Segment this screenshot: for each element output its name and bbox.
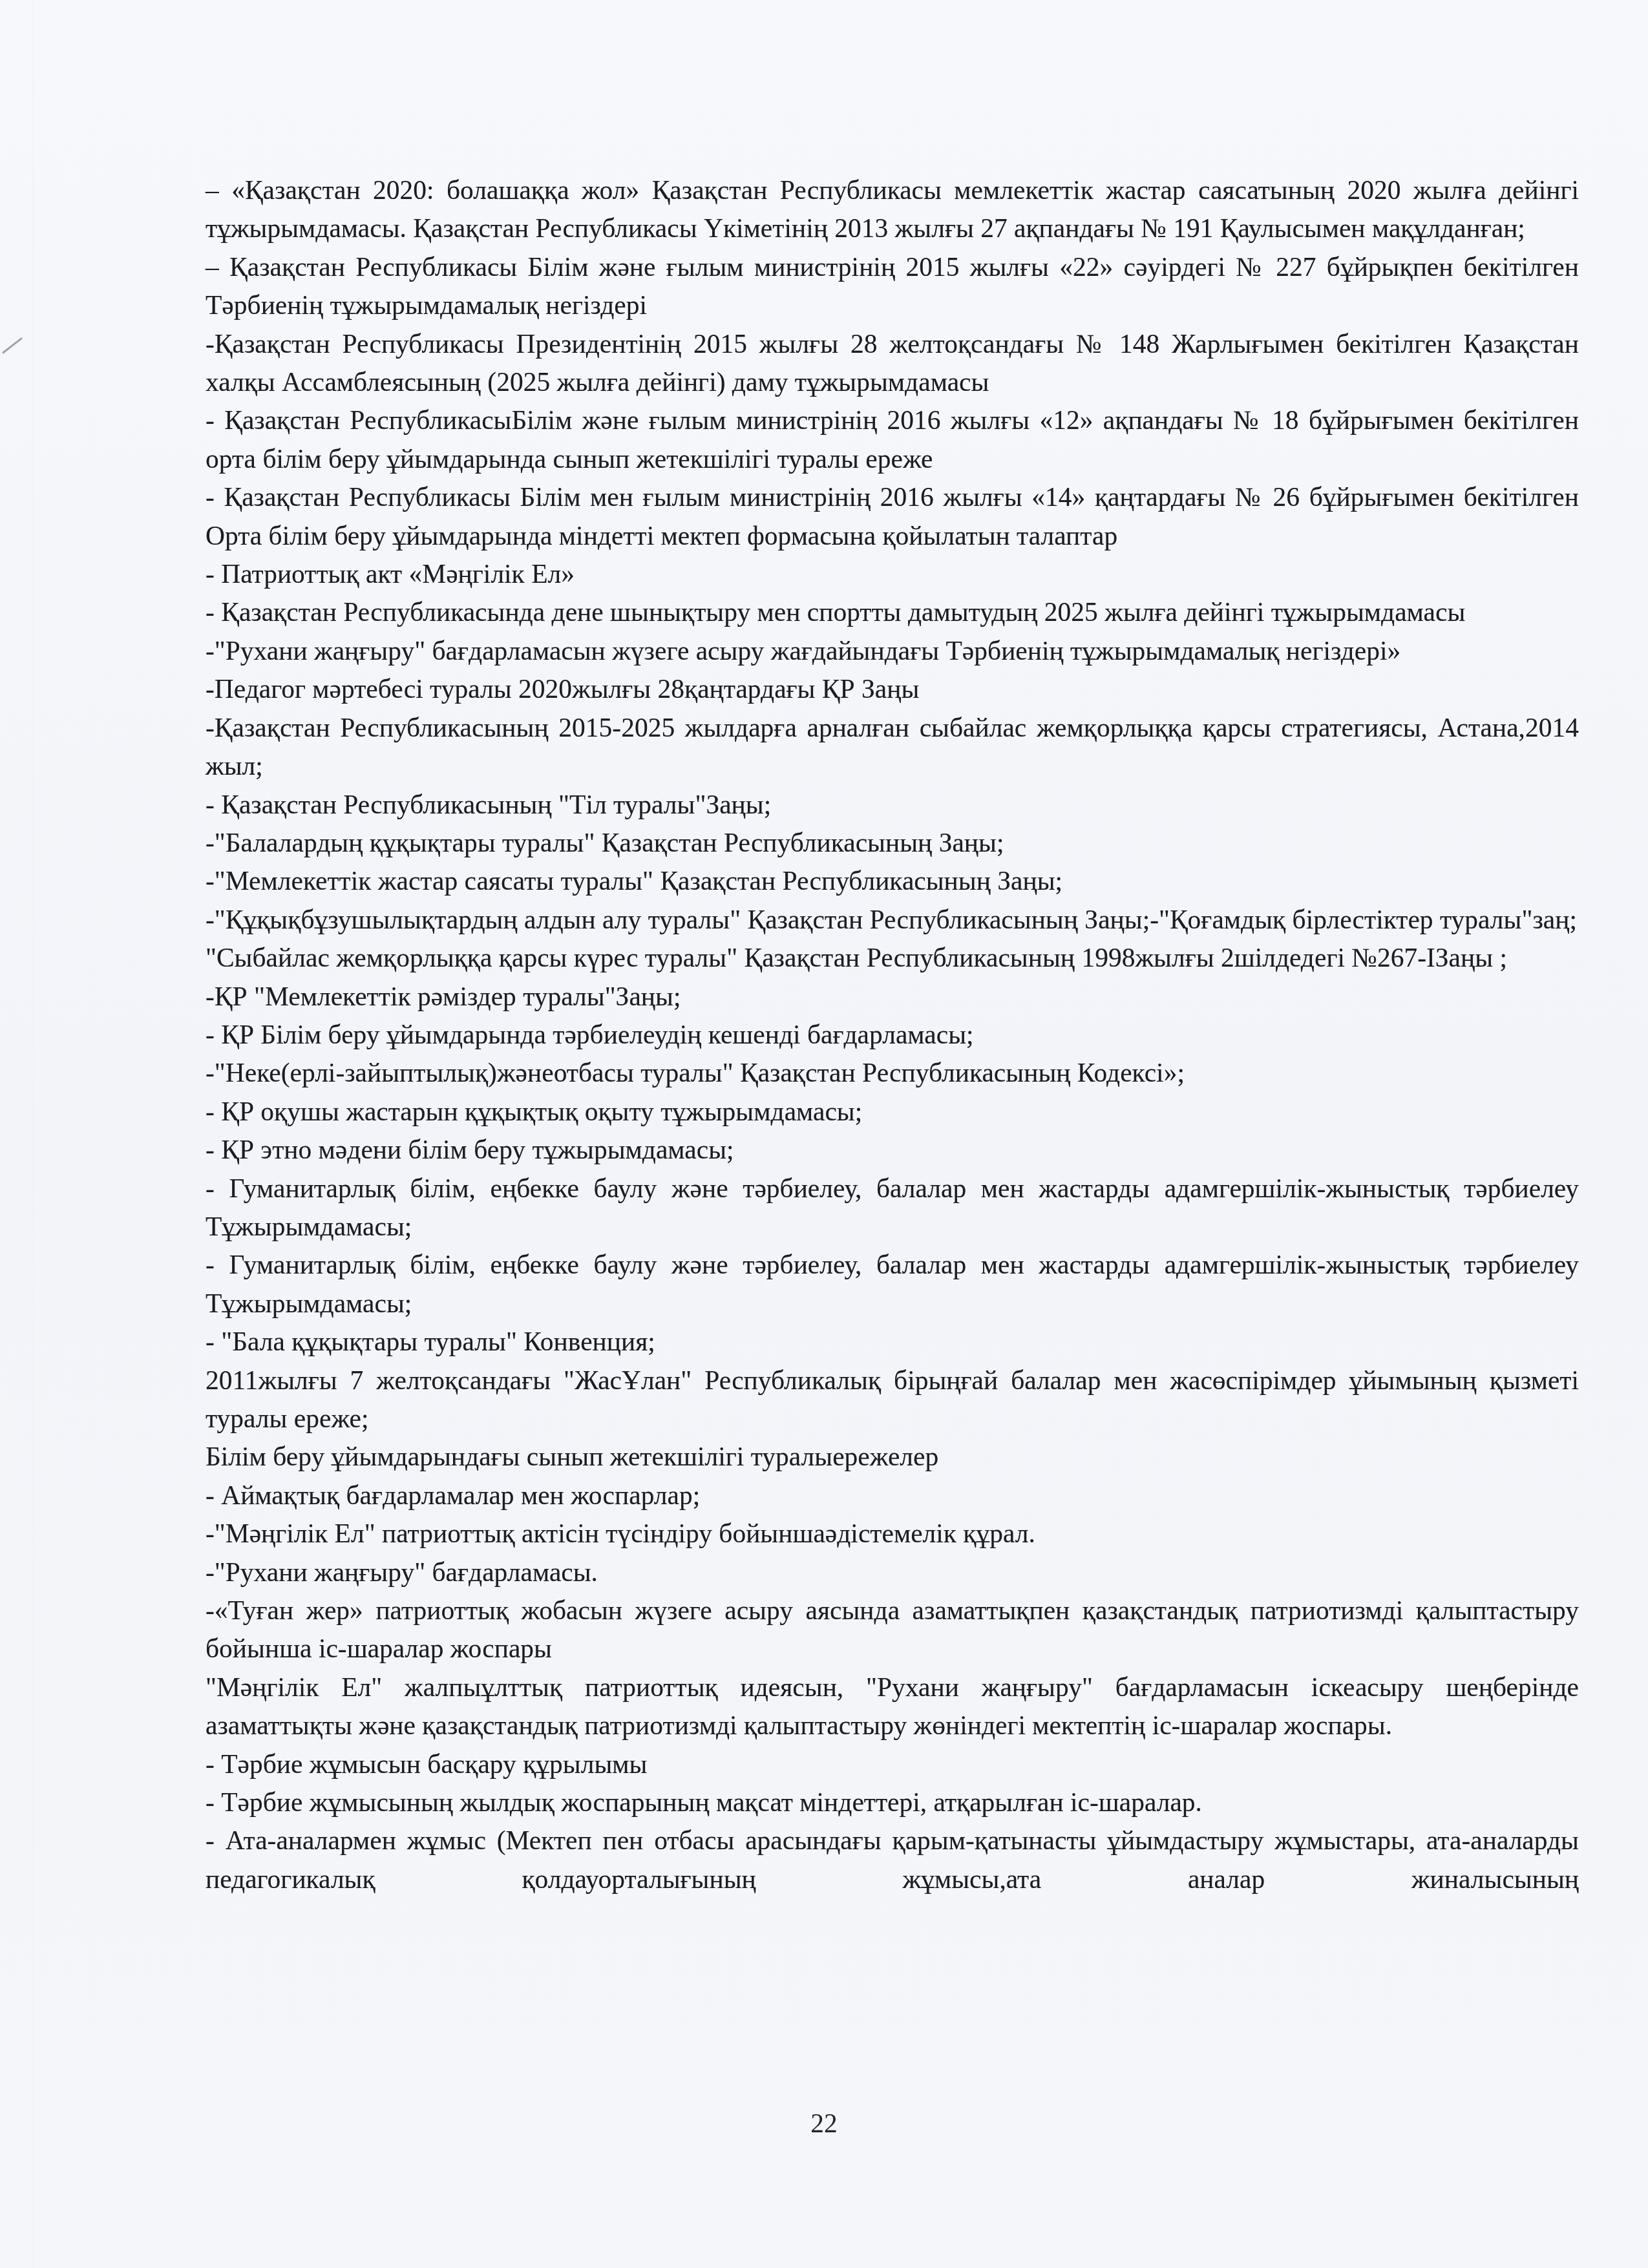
paragraph: -"Мәңгілік Ел" патриоттық актісін түсінд…	[206, 1515, 1579, 1553]
paragraph: - ҚР оқушы жастарын құқықтық оқыту тұжыр…	[206, 1093, 1579, 1131]
paragraph: 2011жылғы 7 желтоқсандағы "ЖасҰлан" Респ…	[206, 1361, 1579, 1438]
paragraph: - ҚР этно мәдени білім беру тұжырымдамас…	[206, 1131, 1579, 1169]
paragraph: "Мәңгілік Ел" жалпыұлттық патриоттық иде…	[206, 1668, 1579, 1745]
document-body: – «Қазақстан 2020: болашаққа жол» Қазақс…	[206, 171, 1579, 1898]
scan-artifact-mark	[2, 337, 23, 354]
paragraph: - Тәрбие жұмысының жылдық жоспарының мақ…	[206, 1783, 1579, 1822]
scanned-page: – «Қазақстан 2020: болашаққа жол» Қазақс…	[0, 0, 1648, 2268]
paragraph: -Қазақстан Республикасының 2015-2025 жыл…	[206, 709, 1579, 786]
paragraph: - Гуманитарлық білім, еңбекке баулу және…	[206, 1170, 1579, 1246]
paragraph: - ҚР Білім беру ұйымдарында тәрбиелеудің…	[206, 1016, 1579, 1054]
paragraph: - Қазақстан Республикасында дене шынықты…	[206, 593, 1579, 631]
paragraph: -Педагог мәртебесі туралы 2020жылғы 28қа…	[206, 670, 1579, 708]
paragraph: "Сыбайлас жемқорлыққа қарсы күрес туралы…	[206, 939, 1579, 977]
paragraph: -"Құқықбұзушылықтардың алдын алу туралы"…	[206, 901, 1579, 939]
paragraph: - Аймақтық бағдарламалар мен жоспарлар;	[206, 1476, 1579, 1515]
paragraph: -"Рухани жаңғыру" бағдарламасы.	[206, 1553, 1579, 1591]
paragraph: -ҚР "Мемлекеттік рәміздер туралы"Заңы;	[206, 978, 1579, 1016]
paragraph: - Қазақстан Республикасы Білім мен ғылым…	[206, 478, 1579, 555]
paragraph: Білім беру ұйымдарындағы сынып жетекшілі…	[206, 1438, 1579, 1476]
paragraph: - Тәрбие жұмысын басқару құрылымы	[206, 1745, 1579, 1783]
paragraph: - Қазақстан РеспубликасыБілім және ғылым…	[206, 401, 1579, 478]
paragraph: - Патриоттық акт «Мәңгілік Ел»	[206, 555, 1579, 593]
paragraph: -"Балалардың құқықтары туралы" Қазақстан…	[206, 824, 1579, 862]
paragraph: -"Рухани жаңғыру" бағдарламасын жүзеге а…	[206, 632, 1579, 670]
page-number: 22	[0, 2108, 1648, 2139]
paragraph: - Қазақстан Республикасының "Тіл туралы"…	[206, 786, 1579, 824]
paragraph: -«Туған жер» патриоттық жобасын жүзеге а…	[206, 1591, 1579, 1668]
scan-artifact-line	[33, 0, 34, 2268]
paragraph: – Қазақстан Республикасы Білім және ғылы…	[206, 248, 1579, 325]
paragraph: – «Қазақстан 2020: болашаққа жол» Қазақс…	[206, 171, 1579, 248]
paragraph-continued: - Ата-аналармен жұмыс (Мектеп пен отбасы…	[206, 1822, 1579, 1898]
paragraph: -"Мемлекеттік жастар саясаты туралы" Қаз…	[206, 862, 1579, 900]
paragraph: - "Бала құқықтары туралы" Конвенция;	[206, 1323, 1579, 1361]
paragraph: -"Неке(ерлі-зайыптылық)жәнеотбасы туралы…	[206, 1054, 1579, 1092]
paragraph: -Қазақстан Республикасы Президентінің 20…	[206, 325, 1579, 402]
paragraph: - Гуманитарлық білім, еңбекке баулу және…	[206, 1246, 1579, 1323]
